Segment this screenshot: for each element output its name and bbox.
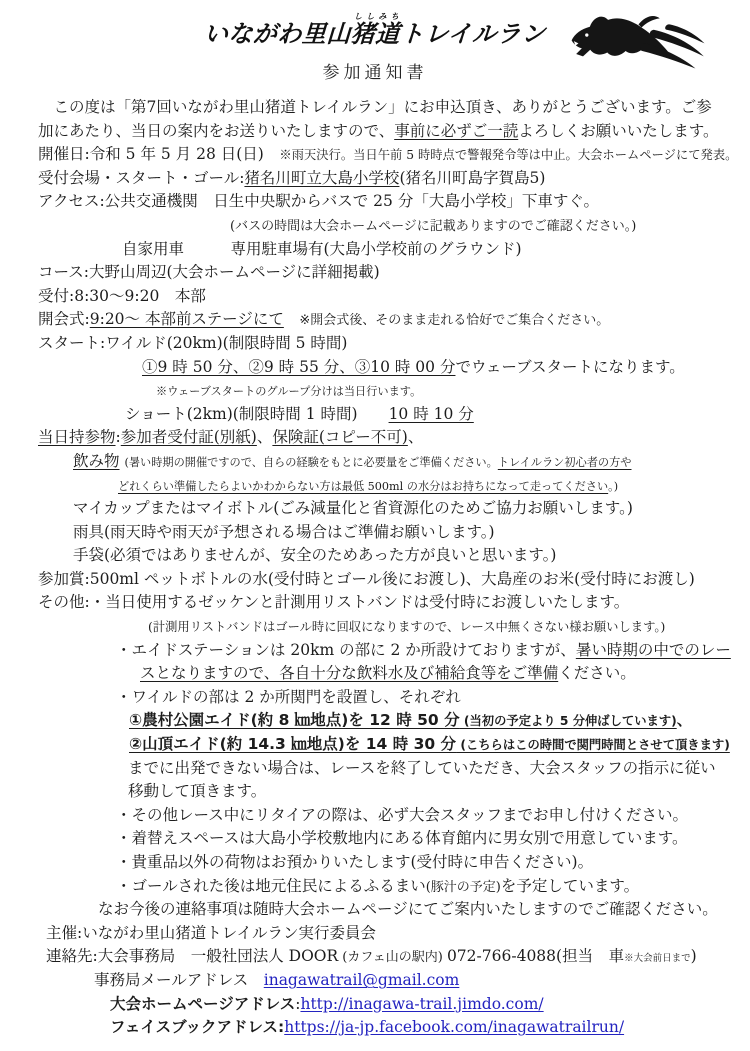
text-segment: 。) <box>608 480 618 493</box>
running-boar-icon <box>564 2 716 78</box>
text-segment: 移動して頂きます。 <box>128 782 266 800</box>
venue: 受付会場・スタート・ゴール:猪名川町立大島小学校(猪名川町島字賀島5) <box>38 167 736 191</box>
document-body: この度は「第7回いながわ里山猪道トレイルラン」にお申込頂き、ありがとうございます… <box>0 88 750 1040</box>
text-segment: までに出発できない場合は、レースを終了していただき、大会スタッフの指示に従い <box>128 759 716 777</box>
text-segment: 事務局メールアドレス <box>94 971 248 989</box>
text-segment: ・貴重品以外の荷物はお預かりいたします(受付時に申告ください)。 <box>116 853 593 871</box>
event-title-suffix: トレイルラン <box>399 20 546 48</box>
email-row: 事務局メールアドレス inagawatrail@gmail.com <box>38 969 736 993</box>
text-segment: アクセス:公共交通機関 日生中央駅からバスで 25 分「大島小学校」下車すぐ。 <box>38 192 599 210</box>
access: アクセス:公共交通機関 日生中央駅からバスで 25 分「大島小学校」下車すぐ。 <box>38 190 736 214</box>
event-title-ruby: 猪道ししみち <box>350 20 400 48</box>
text-segment: 自家用車 専用駐車場有(大島小学校前のグラウンド) <box>122 240 522 258</box>
text-segment: よろしくお願いいたします。 <box>518 122 718 140</box>
drinks-note: どれくらい準備したらよいかわからない方は最低 500ml の水分はお持ちになって… <box>38 474 736 498</box>
text-segment: (計測用リストバンドはゴール時に回収になりますので、レース中無くさない様お願いし… <box>148 620 665 634</box>
text-segment: (当初の予定より 5 分伸ばしています) <box>460 714 677 728</box>
text-segment: コース:大野山周辺(大会ホームページに詳細掲載) <box>38 263 380 281</box>
wave-note: ※ウェーブスタートのグループ分けは当日行います。 <box>38 379 736 403</box>
text-segment <box>358 405 389 423</box>
changing-space: ・着替えスペースは大島小学校敷地内にある体育館内に男女別で用意しています。 <box>38 827 736 851</box>
retire-rule: ・その他レース中にリタイアの際は、必ず大会スタッフまでお申し付けください。 <box>38 804 736 828</box>
aid-station-2: スとなりますので、各自十分な飲料水及び補給食等をご準備ください。 <box>38 662 736 686</box>
event-title-ruby-base: 猪道 <box>350 20 400 48</box>
text-segment: フェイスブックアドレス: <box>110 1018 284 1036</box>
text-segment: 9:20〜 本部前ステージにて <box>90 310 284 328</box>
text-segment: どれくらい準備したらよいかわからない方は最低 500ml の水分はお持ちになって… <box>118 480 608 493</box>
text-segment: ・ワイルドの部は 2 か所関門を設置し、それぞれ <box>116 688 461 706</box>
text-segment: スとなりますので、各自十分な飲料水及び補給食等をご準備 <box>140 664 558 682</box>
text-segment: 10 時 10 分 <box>389 405 474 423</box>
text-segment: 072-766-4088(担当 車 <box>447 947 624 965</box>
facebook-row: フェイスブックアドレス:https://ja-jp.facebook.com/i… <box>38 1016 736 1040</box>
text-segment: を予定しています。 <box>501 877 639 895</box>
text-segment: (豚汁の予定) <box>426 880 501 895</box>
text-segment: 事前に必ずご一読 <box>394 122 518 140</box>
checkpoint-1: ①農村公園エイド(約 8 ㎞地点)を 12 時 50 分 (当初の予定より 5 … <box>38 709 736 733</box>
text-segment: (こちらはこの時間で関門時間とさせて頂きます) <box>456 738 730 752</box>
rain-gear: 雨具(雨天時や雨天が予想される場合はご準備お願いします。) <box>38 521 736 545</box>
hp-notice: なお今後の連絡事項は随時大会ホームページにてご案内いたしますのでご確認ください。 <box>38 898 736 922</box>
reception: 受付:8:30〜9:20 本部 <box>38 285 736 309</box>
text-segment: ・エイドステーションは 20km の部に 2 か所設けておりますが、 <box>116 641 576 659</box>
text-segment: 暑い時期の中でのレー <box>576 641 731 659</box>
text-segment: 当日持参物 <box>38 428 116 446</box>
aid-station-1: ・エイドステーションは 20km の部に 2 か所設けておりますが、暑い時期の中… <box>38 639 736 663</box>
text-segment: 大会ホームページアドレス <box>110 995 295 1013</box>
text-segment: マイカップまたはマイボトル(ごみ減量化と省資源化のためご協力お願いします。) <box>73 499 633 517</box>
text-segment: 、 <box>408 428 424 446</box>
text-segment: 受付会場・スタート・ゴール: <box>38 169 244 187</box>
text-segment: ・その他レース中にリタイアの際は、必ず大会スタッフまでお申し付けください。 <box>116 806 688 824</box>
text-segment: ①農村公園エイド(約 8 ㎞地点)を 12 時 50 分 <box>129 711 460 729</box>
text-segment: ①9 時 50 分、②9 時 55 分、③10 時 00 分 <box>142 358 455 376</box>
text-segment: (カフェ山の駅内) <box>338 950 447 965</box>
text-segment: 、 <box>677 711 693 729</box>
finish-treat: ・ゴールされた後は地元住民によるふるまい(豚汁の予定)を予定しています。 <box>38 875 736 899</box>
checkpoint-intro: ・ワイルドの部は 2 か所関門を設置し、それぞれ <box>38 686 736 710</box>
text-segment: スタート:ワイルド(20km)(制限時間 5 時間) <box>38 334 347 352</box>
event-title-prefix: いながわ里山 <box>203 20 351 48</box>
text-segment: その他:・当日使用するゼッケンと計測用リストバンドは受付時にお渡しいたします。 <box>38 593 629 611</box>
event-title-furigana: ししみち <box>352 12 401 21</box>
text-segment: 飲み物 <box>73 452 120 470</box>
organizer: 主催:いながわ里山猪道トレイルラン実行委員会 <box>38 922 736 946</box>
text-segment: ②山頂エイド(約 14.3 ㎞地点)を 14 時 30 分 <box>129 735 456 753</box>
event-date: 開催日:令和 5 年 5 月 28 日(日) ※雨天決行。当日午前 5 時時点で… <box>38 143 736 167</box>
wave-start: ①9 時 50 分、②9 時 55 分、③10 時 00 分でウェーブスタートに… <box>38 356 736 380</box>
checkpoint-rule-1: までに出発できない場合は、レースを終了していただき、大会スタッフの指示に従い <box>38 757 736 781</box>
text-segment: ショート(2km)(制限時間 1 時間) <box>125 405 358 423</box>
text-segment: ※雨天決行。当日午前 5 時時点で警報発令等は中止。大会ホームページにて発表。 <box>279 148 737 162</box>
text-segment: (猪名川町島字賀島5) <box>399 169 545 187</box>
course: コース:大野山周辺(大会ホームページに詳細掲載) <box>38 261 736 285</box>
text-segment: 手袋(必須ではありませんが、安全のためあった方が良いと思います。) <box>73 546 556 564</box>
text-segment: 参加者受付証(別紙) <box>121 428 257 446</box>
start-wild: スタート:ワイルド(20km)(制限時間 5 時間) <box>38 332 736 356</box>
facebook-link[interactable]: https://ja-jp.facebook.com/inagawatrailr… <box>284 1018 624 1036</box>
text-segment: ・着替えスペースは大島小学校敷地内にある体育館内に男女別で用意しています。 <box>116 829 688 847</box>
text-segment: トレイルラン初心者の方や <box>498 456 632 469</box>
text-segment: 連絡先:大会事務局 一般社団法人 DOOR <box>46 947 338 965</box>
text-segment: 主催:いながわ里山猪道トレイルラン実行委員会 <box>46 924 376 942</box>
text-segment: 、 <box>257 428 273 446</box>
text-segment: (暑い時期の開催ですので、自らの経験をもとに必要量をご準備ください。 <box>124 456 497 469</box>
document-header: いながわ里山猪道ししみちトレイルラン 参加通知書 <box>0 0 750 88</box>
text-segment: 開会式: <box>38 310 90 328</box>
text-segment: 雨具(雨天時や雨天が予想される場合はご準備お願いします。) <box>73 523 495 541</box>
bring-items: 当日持参物:参加者受付証(別紙)、保険証(コピー不可)、 <box>38 426 736 450</box>
luggage: ・貴重品以外の荷物はお預かりいたします(受付時に申告ください)。 <box>38 851 736 875</box>
participation-notice-page: いながわ里山猪道ししみちトレイルラン 参加通知書 この度は「第7回いながわ里山猪… <box>0 0 750 1051</box>
checkpoint-rule-2: 移動して頂きます。 <box>38 780 736 804</box>
wristband-note: (計測用リストバンドはゴール時に回収になりますので、レース中無くさない様お願いし… <box>38 615 736 639</box>
my-cup: マイカップまたはマイボトル(ごみ減量化と省資源化のためご協力お願いします。) <box>38 497 736 521</box>
text-segment: 受付:8:30〜9:20 本部 <box>38 287 206 305</box>
text-segment: この度は「第7回いながわ里山猪道トレイルラン」にお申込頂き、ありがとうございます… <box>38 98 712 116</box>
text-segment: 開催日:令和 5 年 5 月 28 日(日) <box>38 145 264 163</box>
contact: 連絡先:大会事務局 一般社団法人 DOOR (カフェ山の駅内) 072-766-… <box>38 945 736 969</box>
text-segment <box>248 971 264 989</box>
car-access: 自家用車 専用駐車場有(大島小学校前のグラウンド) <box>38 238 736 262</box>
text-segment: (バスの時間は大会ホームページに記載ありますのでご確認ください。) <box>230 219 636 234</box>
text-segment: ※大会前日まで <box>624 953 691 964</box>
start-short: ショート(2km)(制限時間 1 時間) 10 時 10 分 <box>38 403 736 427</box>
text-segment: ※ウェーブスタートのグループ分けは当日行います。 <box>156 385 421 398</box>
opening-ceremony: 開会式:9:20〜 本部前ステージにて ※開会式後、そのまま走れる恰好でご集合く… <box>38 308 736 332</box>
text-segment: ・ゴールされた後は地元住民によるふるまい <box>116 877 426 895</box>
text-segment: ください。 <box>558 664 636 682</box>
text-segment <box>284 310 300 328</box>
intro-line-1: この度は「第7回いながわ里山猪道トレイルラン」にお申込頂き、ありがとうございます… <box>38 96 736 120</box>
text-segment: 保険証(コピー不可) <box>272 428 407 446</box>
intro-line-2: 加にあたり、当日の案内をお送りいたしますので、事前に必ずご一読よろしくお願いいた… <box>38 120 736 144</box>
text-segment: ) <box>691 947 697 965</box>
drinks: 飲み物 (暑い時期の開催ですので、自らの経験をもとに必要量をご準備ください。トレ… <box>38 450 736 474</box>
prize: 参加賞:500ml ペットボトルの水(受付時とゴール後にお渡し)、大島産のお米(… <box>38 568 736 592</box>
text-segment: 猪名川町立大島小学校 <box>244 169 399 187</box>
office-email-link[interactable]: inagawatrail@gmail.com <box>264 971 460 989</box>
bus-note: (バスの時間は大会ホームページに記載ありますのでご確認ください。) <box>38 214 736 238</box>
text-segment: 参加賞:500ml ペットボトルの水(受付時とゴール後にお渡し)、大島産のお米(… <box>38 570 695 588</box>
checkpoint-2: ②山頂エイド(約 14.3 ㎞地点)を 14 時 30 分 (こちらはこの時間で… <box>38 733 736 757</box>
text-segment: 加にあたり、当日の案内をお送りいたしますので、 <box>38 122 394 140</box>
gloves: 手袋(必須ではありませんが、安全のためあった方が良いと思います。) <box>38 544 736 568</box>
homepage-link[interactable]: http://inagawa-trail.jimdo.com/ <box>300 995 543 1013</box>
text-segment: なお今後の連絡事項は随時大会ホームページにてご案内いたしますのでご確認ください。 <box>98 900 718 918</box>
other-bib: その他:・当日使用するゼッケンと計測用リストバンドは受付時にお渡しいたします。 <box>38 591 736 615</box>
text-segment <box>264 145 280 163</box>
text-segment: ※開会式後、そのまま走れる恰好でご集合ください。 <box>299 313 609 328</box>
text-segment: でウェーブスタートになります。 <box>455 358 684 376</box>
homepage-row: 大会ホームページアドレス:http://inagawa-trail.jimdo.… <box>38 993 736 1017</box>
